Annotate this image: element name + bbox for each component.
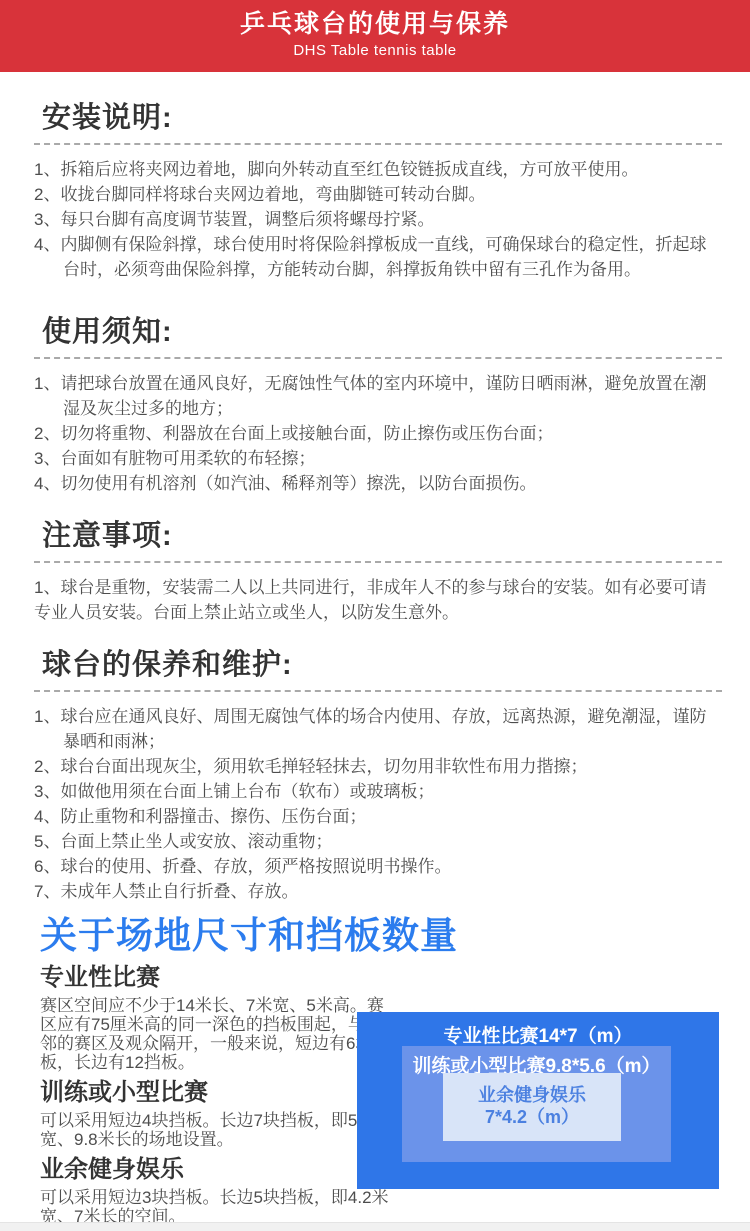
list-item: 2、切勿将重物、利器放在台面上或接触台面，防止擦伤或压伤台面；: [34, 421, 722, 446]
list-item: 3、台面如有脏物可用柔软的布轻擦；: [34, 446, 722, 471]
venue-sub-text: 赛区空间应不少于14米长、7米宽、5米高。赛区应有75厘米高的同一深色的挡板围起…: [40, 996, 398, 1072]
list-item: 3、如做他用须在台面上铺上台布（软布）或玻璃板；: [34, 779, 722, 804]
list-item: 1、拆箱后应将夹网边着地，脚向外转动直至红色铰链扳成直线，方可放平使用。: [34, 157, 722, 182]
content: 安装说明: 1、拆箱后应将夹网边着地，脚向外转动直至红色铰链扳成直线，方可放平使…: [0, 102, 750, 1231]
venue-sub-text: 可以采用短边3块挡板。长边5块挡板，即4.2米宽、7米长的空间。: [40, 1188, 398, 1226]
list-item: 1、请把球台放置在通风良好，无腐蚀性气体的室内环境中，谨防日晒雨淋，避免放置在潮…: [34, 371, 722, 421]
section-list: 1、球台应在通风良好、周围无腐蚀气体的场合内使用、存放，远离热源，避免潮湿，谨防…: [34, 704, 722, 904]
list-item: 6、球台的使用、折叠、存放，须严格按照说明书操作。: [34, 854, 722, 879]
footer-strip: [0, 1222, 750, 1231]
section-heading: 安装说明:: [34, 102, 722, 135]
diagram-amateur-label-line2: 7*4.2（m）: [443, 1106, 621, 1128]
list-item: 2、收拢台脚同样将球台夹网边着地，弯曲脚链可转动台脚。: [34, 182, 722, 207]
section-list: 1、球台是重物，安装需二人以上共同进行，非成年人不的参与球台的安装。如有必要可请…: [34, 575, 722, 625]
section-divider: [34, 357, 722, 359]
section-divider: [34, 143, 722, 145]
list-item: 4、切勿使用有机溶剂（如汽油、稀释剂等）擦洗，以防台面损伤。: [34, 471, 722, 496]
page-subtitle: DHS Table tennis table: [0, 41, 750, 60]
venue-heading: 关于场地尺寸和挡板数量: [34, 914, 722, 957]
diagram-amateur-label-line1: 业余健身娱乐: [443, 1084, 621, 1106]
venue-body: 专业性比赛 赛区空间应不少于14米长、7米宽、5米高。赛区应有75厘米高的同一深…: [34, 963, 722, 1231]
section-heading: 注意事项:: [34, 520, 722, 553]
section-heading: 球台的保养和维护:: [34, 649, 722, 682]
section-maintenance: 球台的保养和维护: 1、球台应在通风良好、周围无腐蚀气体的场合内使用、存放，远离…: [34, 649, 722, 904]
section-usage: 使用须知: 1、请把球台放置在通风良好，无腐蚀性气体的室内环境中，谨防日晒雨淋，…: [34, 316, 722, 496]
section-heading: 使用须知:: [34, 316, 722, 349]
venue-sub-title: 专业性比赛: [40, 963, 722, 992]
list-item: 1、球台是重物，安装需二人以上共同进行，非成年人不的参与球台的安装。如有必要可请…: [34, 575, 722, 625]
section-list: 1、请把球台放置在通风良好，无腐蚀性气体的室内环境中，谨防日晒雨淋，避免放置在潮…: [34, 371, 722, 496]
list-item: 4、内脚侧有保险斜撑，球台使用时将保险斜撑板成一直线，可确保球台的稳定性，折起球…: [34, 232, 722, 282]
section-caution: 注意事项: 1、球台是重物，安装需二人以上共同进行，非成年人不的参与球台的安装。…: [34, 520, 722, 625]
diagram-training-rect: 训练或小型比赛9.8*5.6（m） 业余健身娱乐 7*4.2（m）: [402, 1046, 671, 1162]
header-banner: 乒乓球台的使用与保养 DHS Table tennis table: [0, 0, 750, 72]
list-item: 1、球台应在通风良好、周围无腐蚀气体的场合内使用、存放，远离热源，避免潮湿，谨防…: [34, 704, 722, 754]
list-item: 7、未成年人禁止自行折叠、存放。: [34, 879, 722, 904]
venue-size-diagram: 专业性比赛14*7（m） 训练或小型比赛9.8*5.6（m） 业余健身娱乐 7*…: [357, 1012, 719, 1189]
list-item: 4、防止重物和利器撞击、擦伤、压伤台面；: [34, 804, 722, 829]
diagram-professional-label: 专业性比赛14*7（m）: [357, 1012, 719, 1048]
diagram-amateur-rect: 业余健身娱乐 7*4.2（m）: [443, 1073, 621, 1141]
page: 乒乓球台的使用与保养 DHS Table tennis table 安装说明: …: [0, 0, 750, 1231]
list-item: 3、每只台脚有高度调节装置，调整后须将螺母拧紧。: [34, 207, 722, 232]
section-divider: [34, 690, 722, 692]
section-divider: [34, 561, 722, 563]
section-list: 1、拆箱后应将夹网边着地，脚向外转动直至红色铰链扳成直线，方可放平使用。 2、收…: [34, 157, 722, 282]
section-install: 安装说明: 1、拆箱后应将夹网边着地，脚向外转动直至红色铰链扳成直线，方可放平使…: [34, 102, 722, 282]
venue-sub-text: 可以采用短边4块挡板。长边7块挡板，即5.6米宽、9.8米长的场地设置。: [40, 1111, 398, 1149]
list-item: 2、球台台面出现灰尘，须用软毛掸轻轻抹去，切勿用非软性布用力揩擦；: [34, 754, 722, 779]
page-title: 乒乓球台的使用与保养: [0, 11, 750, 38]
list-item: 5、台面上禁止坐人或安放、滚动重物；: [34, 829, 722, 854]
